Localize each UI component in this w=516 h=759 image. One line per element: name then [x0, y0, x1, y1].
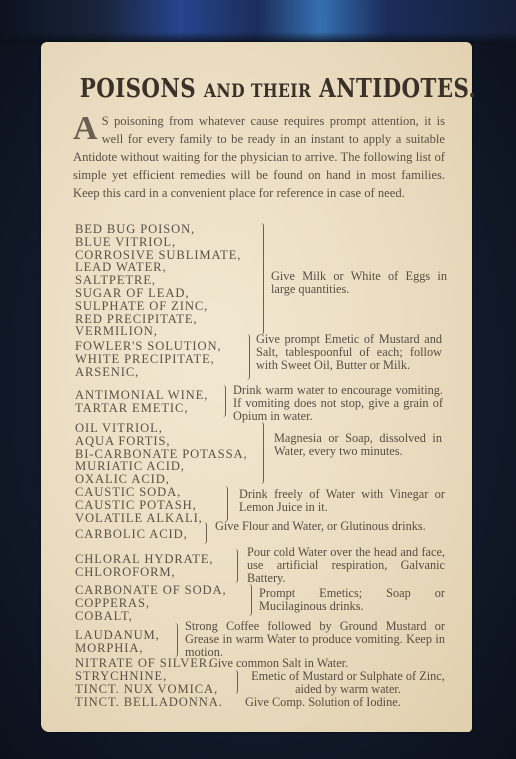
poison-list: TINCT. BELLADONNA.	[75, 696, 223, 709]
remedy-text: Pour cold Water over the head and face, …	[247, 546, 445, 584]
poison-list: CARBOLIC ACID,	[75, 528, 188, 541]
poison-item: NITRATE OF SILVER.	[75, 657, 212, 670]
brace	[202, 522, 207, 544]
poison-item: CAUSTIC SODA,	[75, 486, 203, 499]
poison-item: AQUA FORTIS,	[75, 435, 248, 448]
poison-list: NITRATE OF SILVER.	[75, 657, 212, 670]
poison-list: ANTIMONIAL WINE, TARTAR EMETIC,	[75, 389, 208, 415]
remedy-text: Prompt Emetics; Soap or Mucilaginous dri…	[259, 587, 445, 613]
remedy-text: Give common Salt in Water.	[209, 657, 449, 670]
poison-list: CHLORAL HYDRATE, CHLOROFORM,	[75, 553, 213, 579]
poison-item: VOLATILE ALKALI,	[75, 512, 203, 525]
card-title: POISONS AND THEIR ANTIDOTES.	[80, 74, 433, 104]
remedy-text: Magnesia or Soap, dissolved in Water, ev…	[274, 432, 442, 458]
poison-list: STRYCHNINE, TINCT. NUX VOMICA,	[75, 670, 218, 696]
poison-item: LAUDANUM,	[75, 629, 160, 642]
poison-item: ANTIMONIAL WINE,	[75, 389, 208, 402]
poison-item: STRYCHNINE,	[75, 670, 218, 683]
poison-list: CAUSTIC SODA, CAUSTIC POTASH, VOLATILE A…	[75, 486, 203, 524]
poison-list: FOWLER'S SOLUTION, WHITE PRECIPITATE, AR…	[75, 340, 222, 378]
remedy-text: Strong Coffee followed by Ground Mustard…	[185, 620, 445, 658]
poison-item: CARBONATE OF SODA,	[75, 584, 227, 597]
poison-item: ARSENIC,	[75, 366, 222, 379]
poison-item: CAUSTIC POTASH,	[75, 499, 203, 512]
poison-item: SUGAR OF LEAD,	[75, 287, 241, 300]
poison-item: MORPHIA,	[75, 642, 160, 655]
brace	[247, 584, 252, 616]
remedy-text: Give Comp. Solution of Iodine.	[245, 696, 465, 709]
poison-list: LAUDANUM, MORPHIA,	[75, 629, 160, 655]
brace	[259, 223, 264, 335]
poison-item: COPPERAS,	[75, 597, 227, 610]
intro-dropcap: A	[73, 114, 98, 144]
brace	[223, 486, 228, 522]
poison-item: WHITE PRECIPITATE,	[75, 353, 222, 366]
poison-item: VERMILION,	[75, 325, 241, 338]
poison-item: TINCT. BELLADONNA.	[75, 696, 223, 709]
poison-item: OIL VITRIOL,	[75, 422, 248, 435]
title-word-poisons: POISONS	[80, 74, 196, 104]
poison-antidote-card: POISONS AND THEIR ANTIDOTES. A S poisoni…	[41, 42, 472, 732]
brace	[173, 623, 178, 657]
remedy-text: Drink warm water to encourage vomiting. …	[233, 384, 443, 422]
poison-item: BED BUG POISON,	[75, 223, 241, 236]
poison-item: FOWLER'S SOLUTION,	[75, 340, 222, 353]
brace	[233, 549, 238, 583]
title-word-antidotes: ANTIDOTES.	[319, 74, 476, 104]
intro-paragraph: A S poisoning from whatever cause requir…	[73, 112, 445, 202]
remedy-text: Emetic of Mustard or Sulphate of Zinc, a…	[245, 670, 451, 696]
poison-list: BED BUG POISON, BLUE VITRIOL, CORROSIVE …	[75, 223, 241, 338]
poison-item: SULPHATE OF ZINC,	[75, 300, 241, 313]
poison-item: BLUE VITRIOL,	[75, 236, 241, 249]
remedy-text: Give Milk or White of Eggs in large quan…	[271, 270, 447, 296]
poison-item: CHLORAL HYDRATE,	[75, 553, 213, 566]
remedy-text: Drink freely of Water with Vinegar or Le…	[239, 488, 445, 514]
brace	[221, 385, 226, 417]
poison-item: CARBOLIC ACID,	[75, 528, 188, 541]
brace	[259, 422, 264, 484]
intro-text: S poisoning from whatever cause requires…	[73, 114, 445, 200]
poison-item: TINCT. NUX VOMICA,	[75, 683, 218, 696]
title-word-and-their: AND THEIR	[204, 80, 311, 102]
brace	[245, 334, 250, 380]
poison-list: CARBONATE OF SODA, COPPERAS, COBALT,	[75, 584, 227, 622]
poison-item: CHLOROFORM,	[75, 566, 213, 579]
remedy-text: Give Flour and Water, or Glutinous drink…	[215, 520, 445, 533]
remedy-text: Give prompt Emetic of Mustard and Salt, …	[256, 333, 442, 371]
brace	[233, 670, 238, 694]
poison-list: OIL VITRIOL, AQUA FORTIS, BI-CARBONATE P…	[75, 422, 248, 486]
poison-item: TARTAR EMETIC,	[75, 402, 208, 415]
background-top-strip	[0, 0, 516, 44]
